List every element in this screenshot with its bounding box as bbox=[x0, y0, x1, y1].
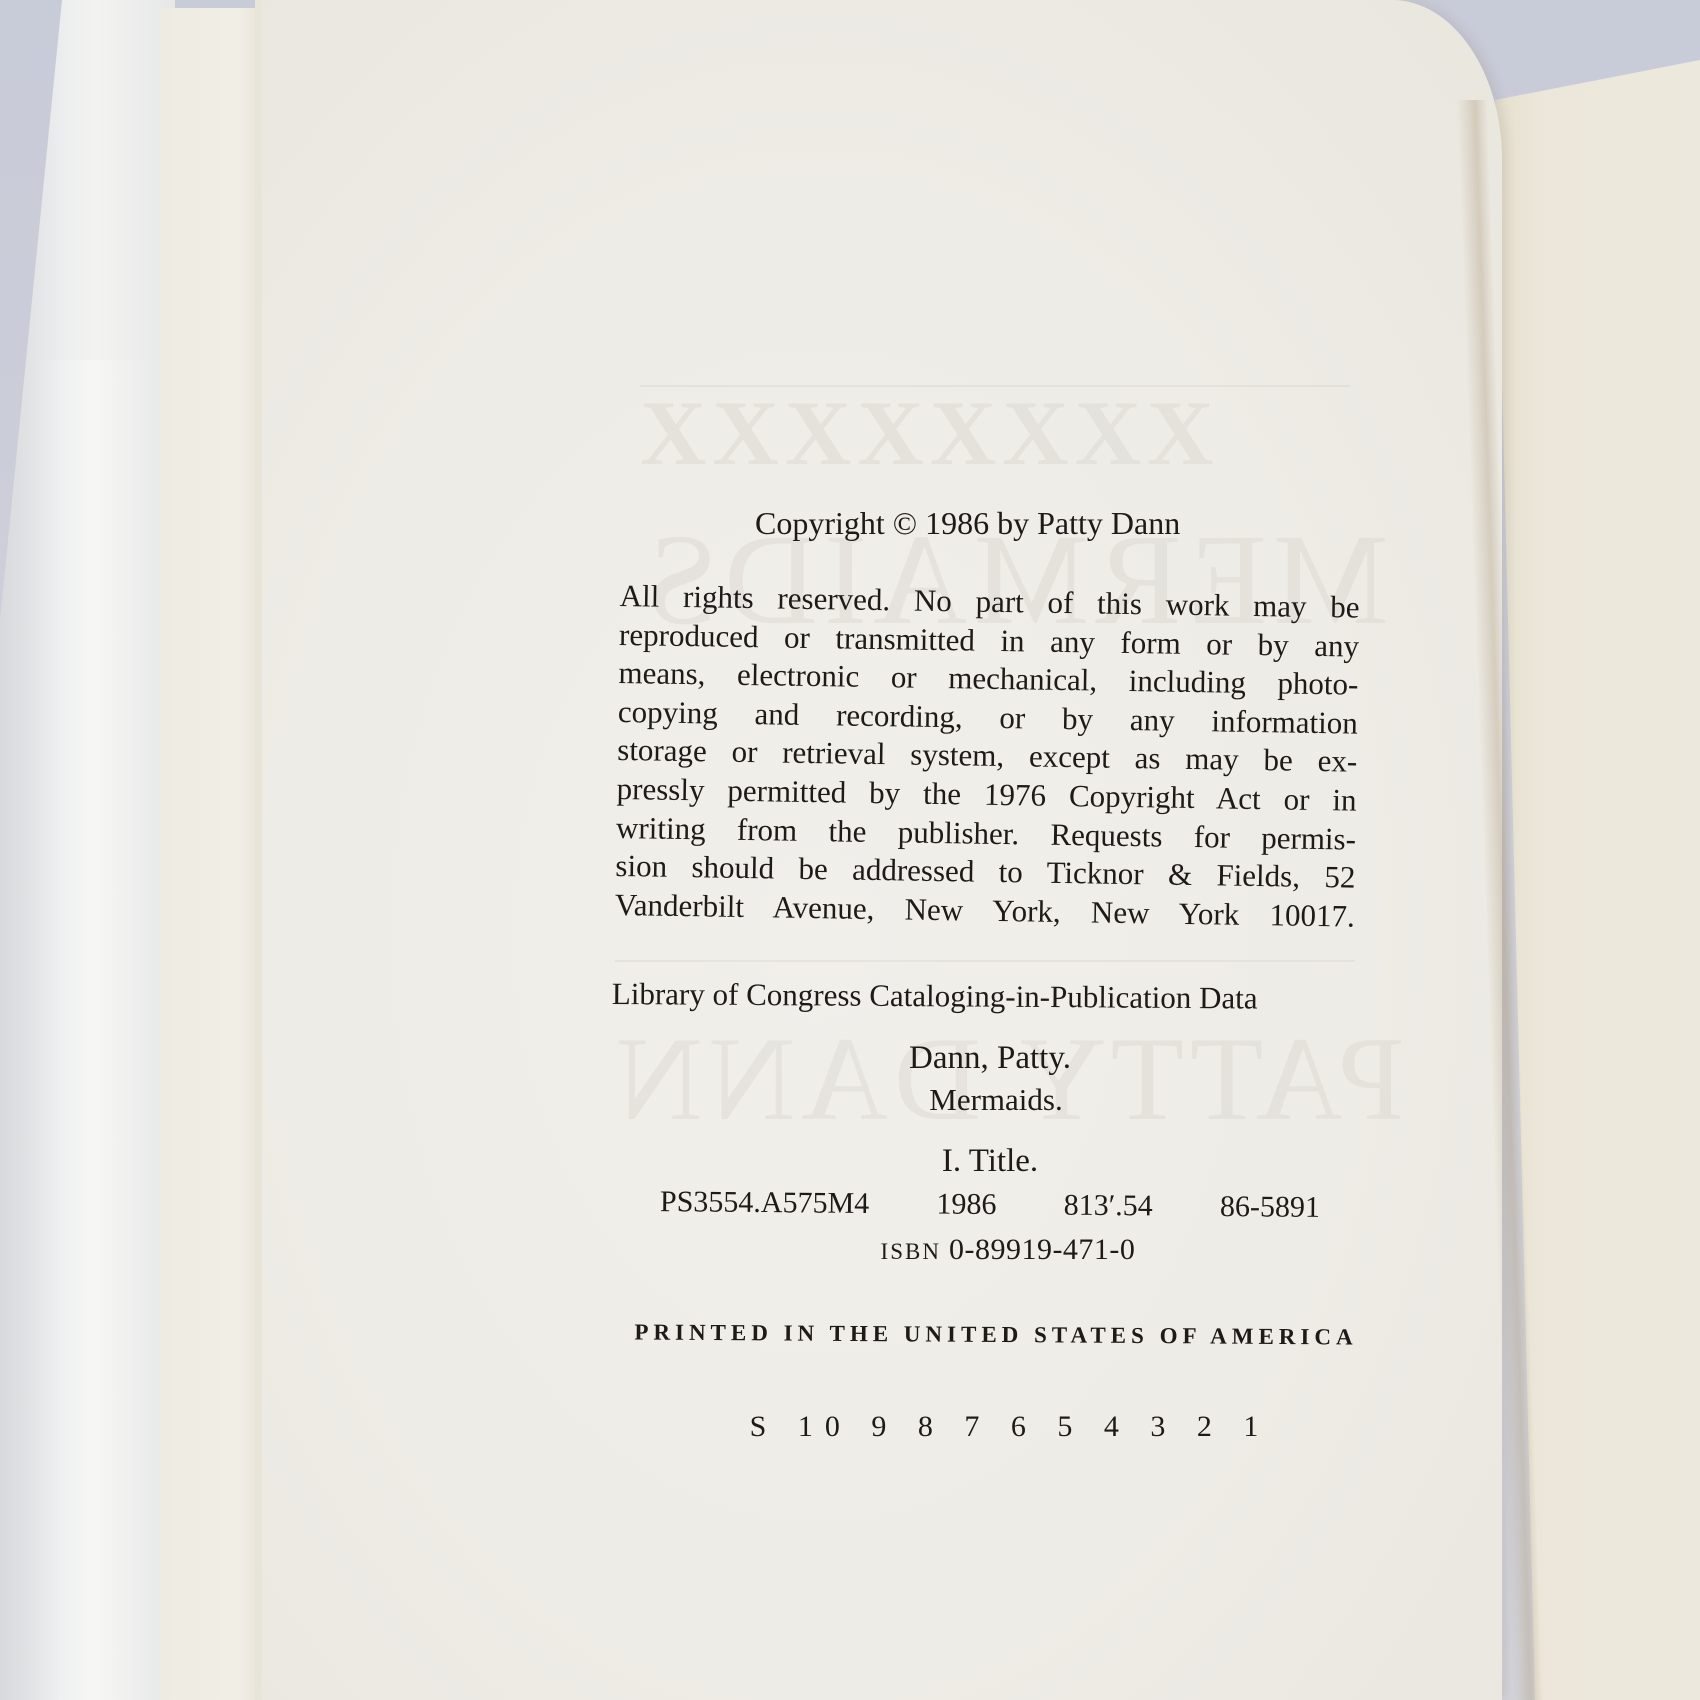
dewey-number: 813′.54 bbox=[1064, 1189, 1153, 1224]
cip-subject: I. Title. bbox=[590, 1143, 1390, 1180]
rights-paragraph: All rights reserved. No part of this wor… bbox=[615, 577, 1360, 936]
lc-call-number: PS3554.A575M4 bbox=[660, 1185, 870, 1221]
cip-heading: Library of Congress Cataloging-in-Public… bbox=[612, 976, 1258, 1017]
lccn: 86-5891 bbox=[1220, 1190, 1320, 1225]
printer-key-line: S 10 9 8 7 6 5 4 3 2 1 bbox=[610, 1410, 1410, 1444]
isbn-label: ISBN bbox=[881, 1239, 941, 1264]
isbn-value: 0-89919-471-0 bbox=[949, 1233, 1135, 1266]
cip-author: Dann, Patty. bbox=[590, 1040, 1390, 1077]
show-through-rule bbox=[640, 385, 1350, 387]
cip-classification: PS3554.A575M4 1986 813′.54 86-5891 bbox=[660, 1185, 1320, 1225]
isbn-line: ISBN 0-89919-471-0 bbox=[608, 1233, 1408, 1267]
printed-in-line: PRINTED IN THE UNITED STATES OF AMERICA bbox=[596, 1319, 1396, 1351]
cip-title: Mermaids. bbox=[596, 1082, 1396, 1118]
show-through-rule-2 bbox=[615, 960, 1355, 962]
publication-year: 1986 bbox=[936, 1188, 996, 1223]
jacket-glare bbox=[30, 360, 150, 1700]
copyright-line: Copyright © 1986 by Patty Dann bbox=[755, 505, 1180, 542]
